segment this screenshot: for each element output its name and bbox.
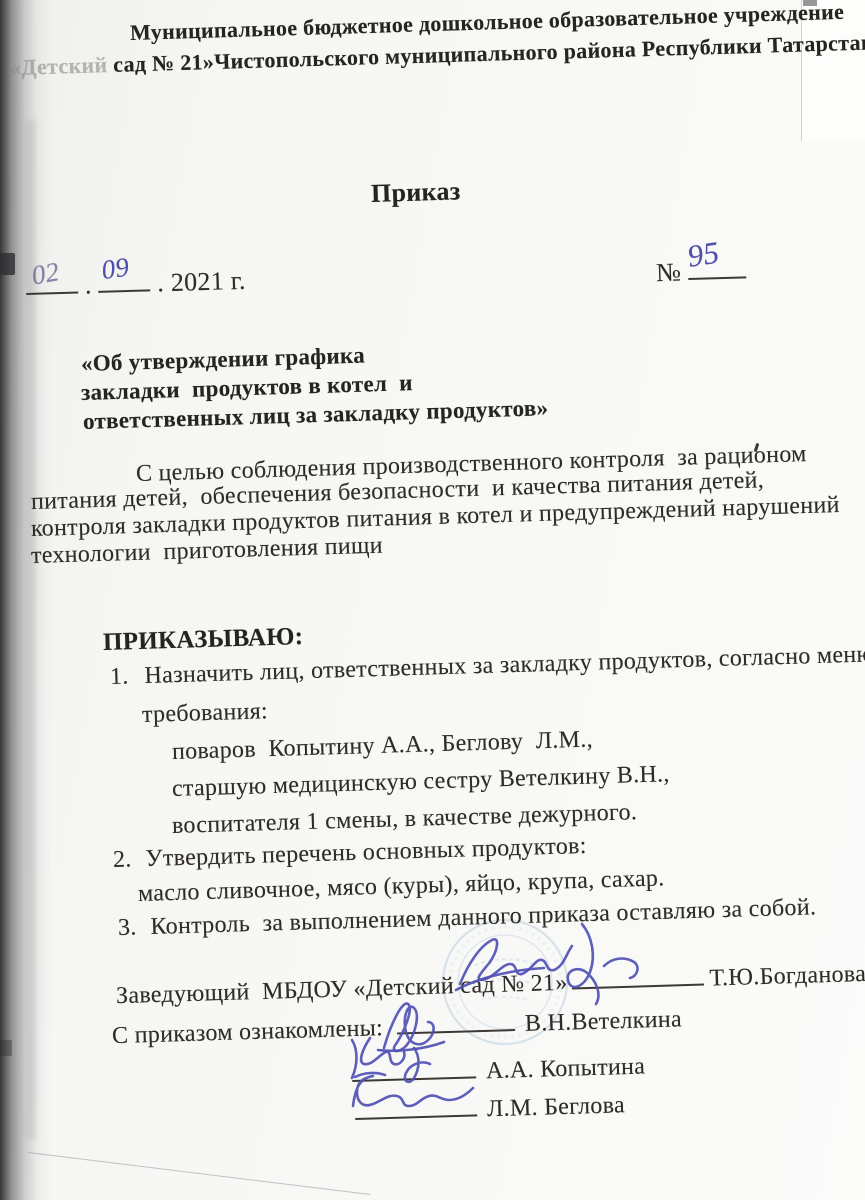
- scan-edge-mark: [0, 253, 15, 275]
- ack-name-2: А.А. Копытина: [486, 1053, 646, 1084]
- list-item-1-sub-1: поваров Копытину А.А., Беглову Л.М.,: [172, 727, 594, 766]
- scanned-order-document: Муниципальное бюджетное дошкольное образ…: [0, 0, 865, 1200]
- item-number: 3.: [118, 914, 137, 941]
- date-day-handwritten: 02: [29, 256, 61, 291]
- list-item-1-sub-2: старшую медицинскую сестру Ветелкину В.Н…: [172, 761, 670, 803]
- director-signature: [452, 918, 652, 1008]
- date-year-text: 2021 г.: [170, 266, 246, 297]
- date-separator: .: [78, 270, 99, 300]
- scan-edge-mark: [0, 1040, 12, 1056]
- item-number: 2.: [113, 846, 132, 873]
- director-name: Т.Ю.Богданова.: [709, 961, 865, 992]
- order-number-handwritten: 95: [685, 234, 722, 274]
- doc-title: Приказ: [371, 176, 461, 209]
- number-sign: №: [656, 257, 689, 287]
- org-name-faded-part: «Детский: [10, 52, 108, 80]
- date-separator: .: [150, 268, 171, 298]
- ack-name-1: В.Н.Ветелкина: [525, 1006, 683, 1037]
- item-number: 1.: [110, 663, 129, 690]
- resolution-heading: ПРИКАЗЫВАЮ:: [103, 623, 304, 657]
- list-item-1-cont: требования:: [142, 698, 269, 729]
- beglova-signature: [345, 1068, 477, 1112]
- paper-crease-line: [28, 1152, 371, 1195]
- order-number-row: № 95: [655, 249, 746, 288]
- date-month-handwritten: 09: [100, 252, 132, 286]
- ack-name-3: Л.М. Беглова: [487, 1092, 626, 1122]
- date-row: . . 2021 г.0209: [25, 259, 246, 302]
